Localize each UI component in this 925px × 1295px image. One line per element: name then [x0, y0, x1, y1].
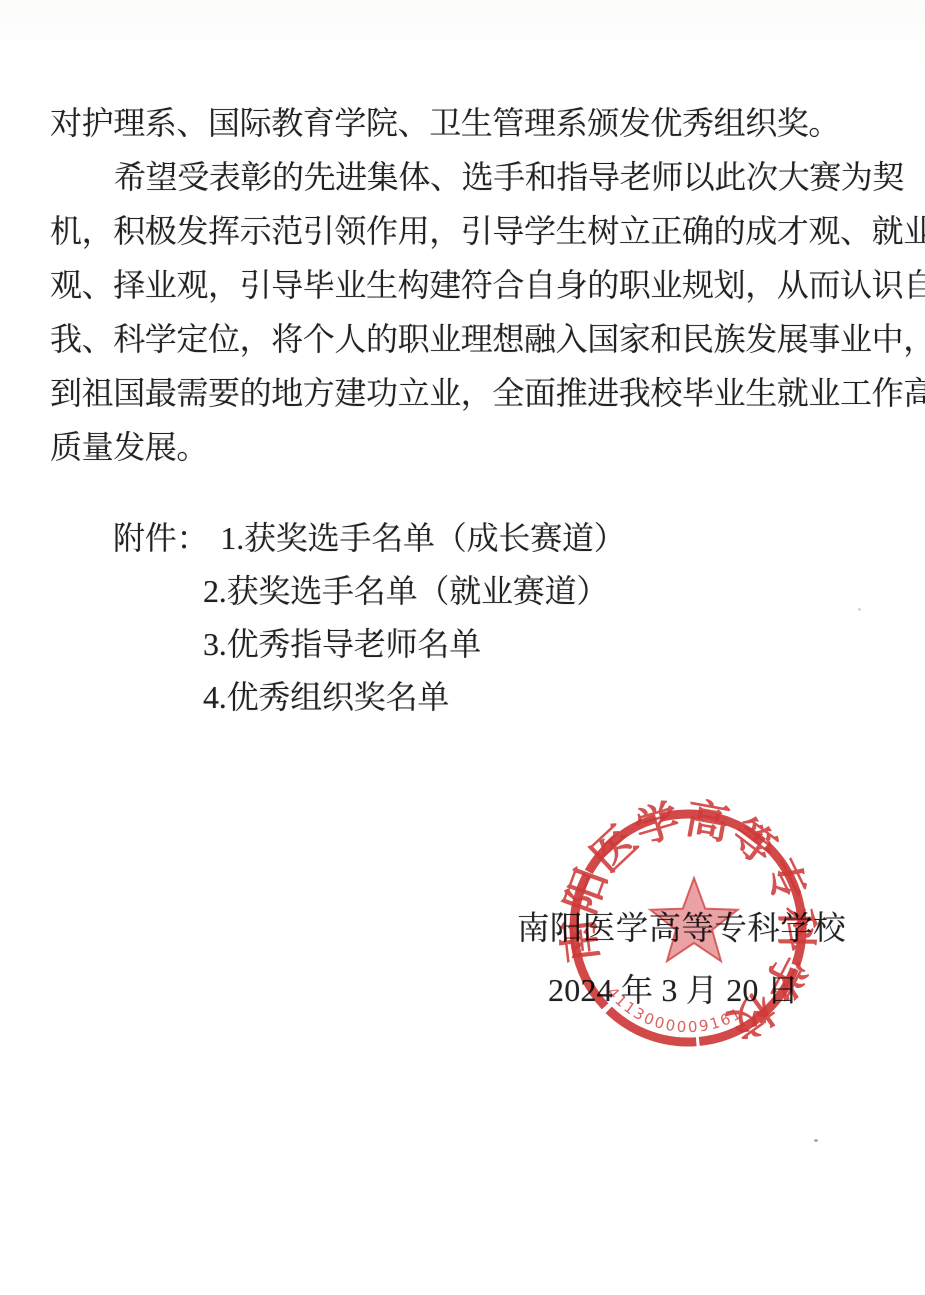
body-line: 我、科学定位，将个人的职业理想融入国家和民族发展事业中， — [50, 312, 912, 366]
red-star-icon — [650, 878, 737, 961]
body-line: 观、择业观，引导毕业生构建符合自身的职业规划，从而认识自 — [50, 258, 912, 312]
body-line: 质量发展。 — [50, 420, 912, 474]
body-line: 到祖国最需要的地方建功立业，全面推进我校毕业生就业工作高 — [50, 366, 912, 420]
attachment-item: 2.获奖选手名单（就业赛道） — [113, 565, 626, 618]
scan-speckle — [858, 608, 861, 611]
scanned-document-page: 对护理系、国际教育学院、卫生管理系颁发优秀组织奖。 希望受表彰的先进集体、选手和… — [0, 0, 925, 1295]
attachment-item: 3.优秀指导老师名单 — [113, 618, 626, 671]
attachment-item: 4.优秀组织奖名单 — [113, 671, 626, 724]
attachment-line: 附件：1.获奖选手名单（成长赛道） — [113, 512, 626, 565]
attachments-label: 附件： — [113, 520, 208, 556]
scan-speckle — [814, 1139, 818, 1142]
body-line: 希望受表彰的先进集体、选手和指导老师以此次大赛为契 — [50, 150, 912, 204]
official-seal: 南阳医学高等专科学校 4113000009161 — [558, 796, 818, 1058]
attachment-item: 1.获奖选手名单（成长赛道） — [220, 520, 625, 556]
attachments-section: 附件：1.获奖选手名单（成长赛道） 2.获奖选手名单（就业赛道） 3.优秀指导老… — [113, 512, 626, 724]
body-paragraphs: 对护理系、国际教育学院、卫生管理系颁发优秀组织奖。 希望受表彰的先进集体、选手和… — [50, 96, 912, 474]
body-line: 对护理系、国际教育学院、卫生管理系颁发优秀组织奖。 — [50, 96, 912, 150]
body-line: 机，积极发挥示范引领作用，引导学生树立正确的成才观、就业 — [50, 204, 912, 258]
